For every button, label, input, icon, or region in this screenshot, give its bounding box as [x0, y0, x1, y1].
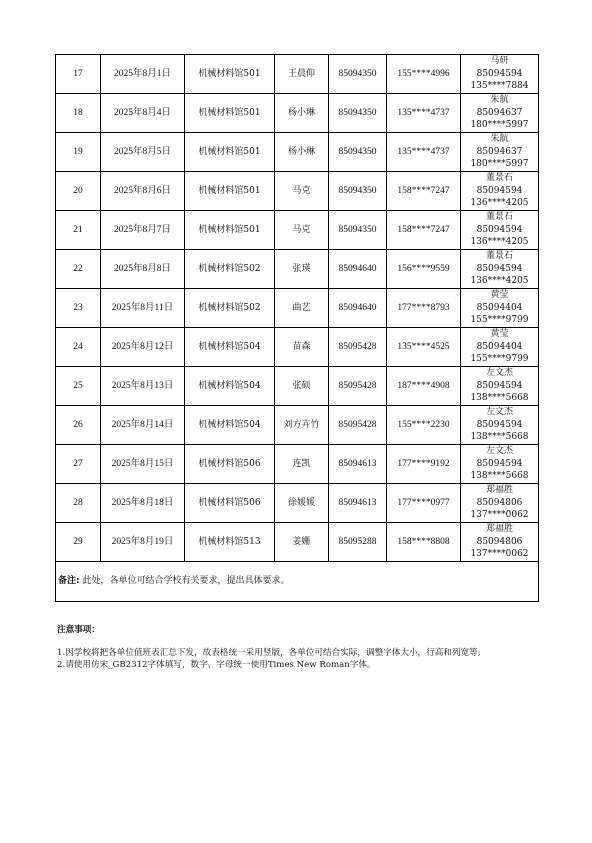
- leader-contact: 左文杰85094594138****5668: [461, 406, 539, 445]
- leader-name: 朱航: [461, 94, 538, 107]
- duty-date: 2025年8月7日: [101, 211, 185, 250]
- row-number: 29: [56, 523, 101, 562]
- office-phone: 85094350: [329, 94, 387, 133]
- leader-phone: 85094637: [461, 146, 538, 159]
- leader-name: 董景石: [461, 250, 538, 263]
- duty-date: 2025年8月12日: [101, 328, 185, 367]
- leader-phone: 85094594: [461, 263, 538, 276]
- duty-location: 机械材料馆501: [185, 94, 275, 133]
- table-row: 282025年8月18日机械材料馆506徐媛媛85094613177****09…: [56, 484, 539, 523]
- leader-mobile: 155****9799: [461, 314, 538, 327]
- duty-location: 机械材料馆504: [185, 367, 275, 406]
- duty-date: 2025年8月18日: [101, 484, 185, 523]
- row-number: 18: [56, 94, 101, 133]
- mobile-phone: 158****7247: [387, 172, 461, 211]
- notes-section: 注意事项： 1.因学校将把各单位值班表汇总下发，故表格统一采用竖版，各单位可结合…: [57, 624, 542, 672]
- leader-contact: 黄莹85094404155****9799: [461, 289, 539, 328]
- table-row: 172025年8月1日机械材料馆501王晨仰85094350155****499…: [56, 55, 539, 94]
- duty-person: 苗森: [275, 328, 329, 367]
- duty-person: 刘方卉竹: [275, 406, 329, 445]
- leader-contact: 董景石85094594136****4205: [461, 211, 539, 250]
- duty-person: 张瑛: [275, 250, 329, 289]
- leader-phone: 85094594: [461, 224, 538, 237]
- duty-person: 张硕: [275, 367, 329, 406]
- duty-location: 机械材料馆504: [185, 406, 275, 445]
- duty-date: 2025年8月14日: [101, 406, 185, 445]
- table-row: 192025年8月5日机械材料馆501杨小琳85094350135****473…: [56, 133, 539, 172]
- duty-location: 机械材料馆501: [185, 172, 275, 211]
- duty-location: 机械材料馆504: [185, 328, 275, 367]
- leader-contact: 朱航85094637180****5997: [461, 133, 539, 172]
- duty-person: 杨小琳: [275, 94, 329, 133]
- row-number: 23: [56, 289, 101, 328]
- office-phone: 85095288: [329, 523, 387, 562]
- row-number: 20: [56, 172, 101, 211]
- office-phone: 85094350: [329, 55, 387, 94]
- duty-date: 2025年8月1日: [101, 55, 185, 94]
- table-row: 292025年8月19日机械材料馆513姜姗85095288158****880…: [56, 523, 539, 562]
- office-phone: 85095428: [329, 328, 387, 367]
- row-number: 22: [56, 250, 101, 289]
- duty-date: 2025年8月11日: [101, 289, 185, 328]
- leader-contact: 郑福胜85094806137****0062: [461, 523, 539, 562]
- duty-person: 杨小琳: [275, 133, 329, 172]
- leader-phone: 85094404: [461, 302, 538, 315]
- office-phone: 85095428: [329, 406, 387, 445]
- office-phone: 85094350: [329, 133, 387, 172]
- leader-phone: 85094594: [461, 419, 538, 432]
- leader-phone: 85094594: [461, 458, 538, 471]
- leader-mobile: 136****4205: [461, 197, 538, 210]
- mobile-phone: 158****8808: [387, 523, 461, 562]
- mobile-phone: 156****9559: [387, 250, 461, 289]
- mobile-phone: 155****2230: [387, 406, 461, 445]
- duty-location: 机械材料馆501: [185, 211, 275, 250]
- remark-text: 此处，各单位可结合学校有关要求，提出具体要求。: [80, 576, 290, 586]
- mobile-phone: 177****8793: [387, 289, 461, 328]
- leader-mobile: 137****0062: [461, 509, 538, 522]
- leader-name: 左文杰: [461, 445, 538, 458]
- duty-person: 马克: [275, 172, 329, 211]
- row-number: 26: [56, 406, 101, 445]
- leader-contact: 郑福胜85094806137****0062: [461, 484, 539, 523]
- leader-name: 黄莹: [461, 328, 538, 341]
- mobile-phone: 135****4737: [387, 133, 461, 172]
- leader-phone: 85094594: [461, 68, 538, 81]
- duty-person: 连凯: [275, 445, 329, 484]
- table-row: 272025年8月15日机械材料馆506连凯85094613177****919…: [56, 445, 539, 484]
- leader-mobile: 155****9799: [461, 353, 538, 366]
- duty-person: 徐媛媛: [275, 484, 329, 523]
- leader-name: 黄莹: [461, 289, 538, 302]
- duty-date: 2025年8月19日: [101, 523, 185, 562]
- row-number: 28: [56, 484, 101, 523]
- duty-person: 曲艺: [275, 289, 329, 328]
- leader-contact: 左文杰85094594138****5668: [461, 367, 539, 406]
- remark-label: 备注:: [58, 576, 80, 586]
- row-number: 25: [56, 367, 101, 406]
- mobile-phone: 135****4525: [387, 328, 461, 367]
- office-phone: 85094640: [329, 250, 387, 289]
- mobile-phone: 177****0977: [387, 484, 461, 523]
- leader-name: 马研: [461, 55, 538, 68]
- leader-mobile: 138****5668: [461, 392, 538, 405]
- leader-phone: 85094806: [461, 497, 538, 510]
- leader-contact: 黄莹85094404155****9799: [461, 328, 539, 367]
- duty-roster-table: 172025年8月1日机械材料馆501王晨仰85094350155****499…: [55, 54, 539, 602]
- leader-contact: 左文杰85094594138****5668: [461, 445, 539, 484]
- notes-item-1: 1.因学校将把各单位值班表汇总下发，故表格统一采用竖版，各单位可结合实际，调整字…: [57, 647, 542, 660]
- table-row: 202025年8月6日机械材料馆501马克85094350158****7247…: [56, 172, 539, 211]
- leader-phone: 85094806: [461, 536, 538, 549]
- table-row: 242025年8月12日机械材料馆504苗森85095428135****452…: [56, 328, 539, 367]
- leader-mobile: 138****5668: [461, 431, 538, 444]
- leader-name: 郑福胜: [461, 523, 538, 536]
- leader-phone: 85094594: [461, 185, 538, 198]
- duty-location: 机械材料馆501: [185, 55, 275, 94]
- mobile-phone: 158****7247: [387, 211, 461, 250]
- leader-name: 董景石: [461, 172, 538, 185]
- duty-location: 机械材料馆501: [185, 133, 275, 172]
- leader-mobile: 136****4205: [461, 236, 538, 249]
- duty-location: 机械材料馆506: [185, 484, 275, 523]
- table-row: 232025年8月11日机械材料馆502曲艺85094640177****879…: [56, 289, 539, 328]
- leader-name: 董景石: [461, 211, 538, 224]
- leader-mobile: 180****5997: [461, 119, 538, 132]
- office-phone: 85094613: [329, 445, 387, 484]
- duty-location: 机械材料馆502: [185, 250, 275, 289]
- row-number: 21: [56, 211, 101, 250]
- leader-mobile: 136****4205: [461, 275, 538, 288]
- duty-date: 2025年8月8日: [101, 250, 185, 289]
- row-number: 24: [56, 328, 101, 367]
- mobile-phone: 135****4737: [387, 94, 461, 133]
- leader-mobile: 180****5997: [461, 158, 538, 171]
- leader-contact: 马研85094594135****7884: [461, 55, 539, 94]
- leader-mobile: 135****7884: [461, 80, 538, 93]
- mobile-phone: 155****4996: [387, 55, 461, 94]
- office-phone: 85094613: [329, 484, 387, 523]
- leader-contact: 朱航85094637180****5997: [461, 94, 539, 133]
- leader-contact: 董景石85094594136****4205: [461, 250, 539, 289]
- leader-phone: 85094404: [461, 341, 538, 354]
- duty-location: 机械材料馆513: [185, 523, 275, 562]
- leader-contact: 董景石85094594136****4205: [461, 172, 539, 211]
- office-phone: 85094640: [329, 289, 387, 328]
- notes-item-2: 2.请使用仿宋_GB2312字体填写，数字、字母统一使用Times New Ro…: [57, 659, 542, 672]
- duty-date: 2025年8月13日: [101, 367, 185, 406]
- leader-name: 左文杰: [461, 406, 538, 419]
- office-phone: 85095428: [329, 367, 387, 406]
- leader-phone: 85094637: [461, 107, 538, 120]
- leader-mobile: 137****0062: [461, 548, 538, 561]
- leader-mobile: 138****5668: [461, 470, 538, 483]
- table-row: 182025年8月4日机械材料馆501杨小琳85094350135****473…: [56, 94, 539, 133]
- leader-name: 郑福胜: [461, 484, 538, 497]
- duty-person: 王晨仰: [275, 55, 329, 94]
- table-row: 222025年8月8日机械材料馆502张瑛85094640156****9559…: [56, 250, 539, 289]
- duty-location: 机械材料馆506: [185, 445, 275, 484]
- leader-name: 朱航: [461, 133, 538, 146]
- table-row: 262025年8月14日机械材料馆504刘方卉竹85095428155****2…: [56, 406, 539, 445]
- duty-date: 2025年8月5日: [101, 133, 185, 172]
- duty-location: 机械材料馆502: [185, 289, 275, 328]
- remark-cell: 备注: 此处，各单位可结合学校有关要求，提出具体要求。: [56, 562, 539, 602]
- table-row: 252025年8月13日机械材料馆504张硕85095428187****490…: [56, 367, 539, 406]
- mobile-phone: 187****4908: [387, 367, 461, 406]
- notes-title: 注意事项：: [57, 624, 542, 637]
- remark-row: 备注: 此处，各单位可结合学校有关要求，提出具体要求。: [56, 562, 539, 602]
- leader-name: 左文杰: [461, 367, 538, 380]
- row-number: 19: [56, 133, 101, 172]
- leader-phone: 85094594: [461, 380, 538, 393]
- row-number: 27: [56, 445, 101, 484]
- mobile-phone: 177****9192: [387, 445, 461, 484]
- duty-date: 2025年8月15日: [101, 445, 185, 484]
- row-number: 17: [56, 55, 101, 94]
- table-row: 212025年8月7日机械材料馆501马克85094350158****7247…: [56, 211, 539, 250]
- duty-date: 2025年8月6日: [101, 172, 185, 211]
- office-phone: 85094350: [329, 172, 387, 211]
- duty-person: 马克: [275, 211, 329, 250]
- duty-person: 姜姗: [275, 523, 329, 562]
- office-phone: 85094350: [329, 211, 387, 250]
- duty-date: 2025年8月4日: [101, 94, 185, 133]
